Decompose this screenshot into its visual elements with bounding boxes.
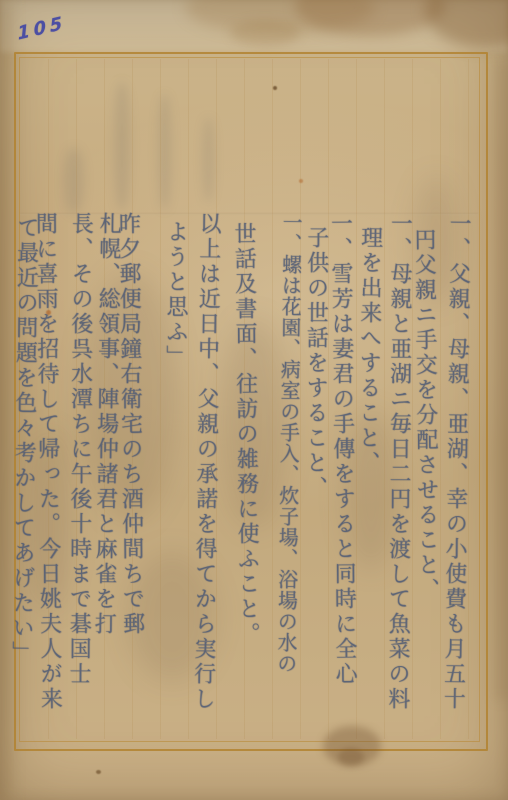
faded-top-strip <box>0 0 508 52</box>
text-column: 理を出来へすること、 <box>353 226 384 516</box>
manuscript-page: 105 一、父親、母親、亜湖、幸の小使費も月五十 円父親ニ手交を分配させること、… <box>0 0 508 800</box>
text-column: 一、雪芳は妻君の手傳をすると同時に全心 <box>326 212 358 737</box>
rust-speck <box>96 770 101 774</box>
text-column: 子供の世話をすること、 <box>301 226 330 536</box>
edge-darkening <box>494 60 508 700</box>
text-column: 世話及書面、往訪の雑務に使ふこと。 <box>230 222 261 642</box>
water-stain <box>185 0 375 34</box>
water-stain <box>295 0 445 36</box>
text-column: 長、その後呉水潭ちに午後十時まで碁国士 <box>65 212 95 737</box>
water-stain <box>230 20 300 46</box>
text-column: ようと思ふ」 <box>162 220 190 400</box>
water-stain <box>425 0 508 48</box>
text-column: 一、母親と亜湖ニ毎日二円を渡して魚菜の料 <box>384 212 414 737</box>
text-column: 円父親ニ手交を分配させること、 <box>410 228 442 658</box>
page-number: 105 <box>17 12 67 44</box>
